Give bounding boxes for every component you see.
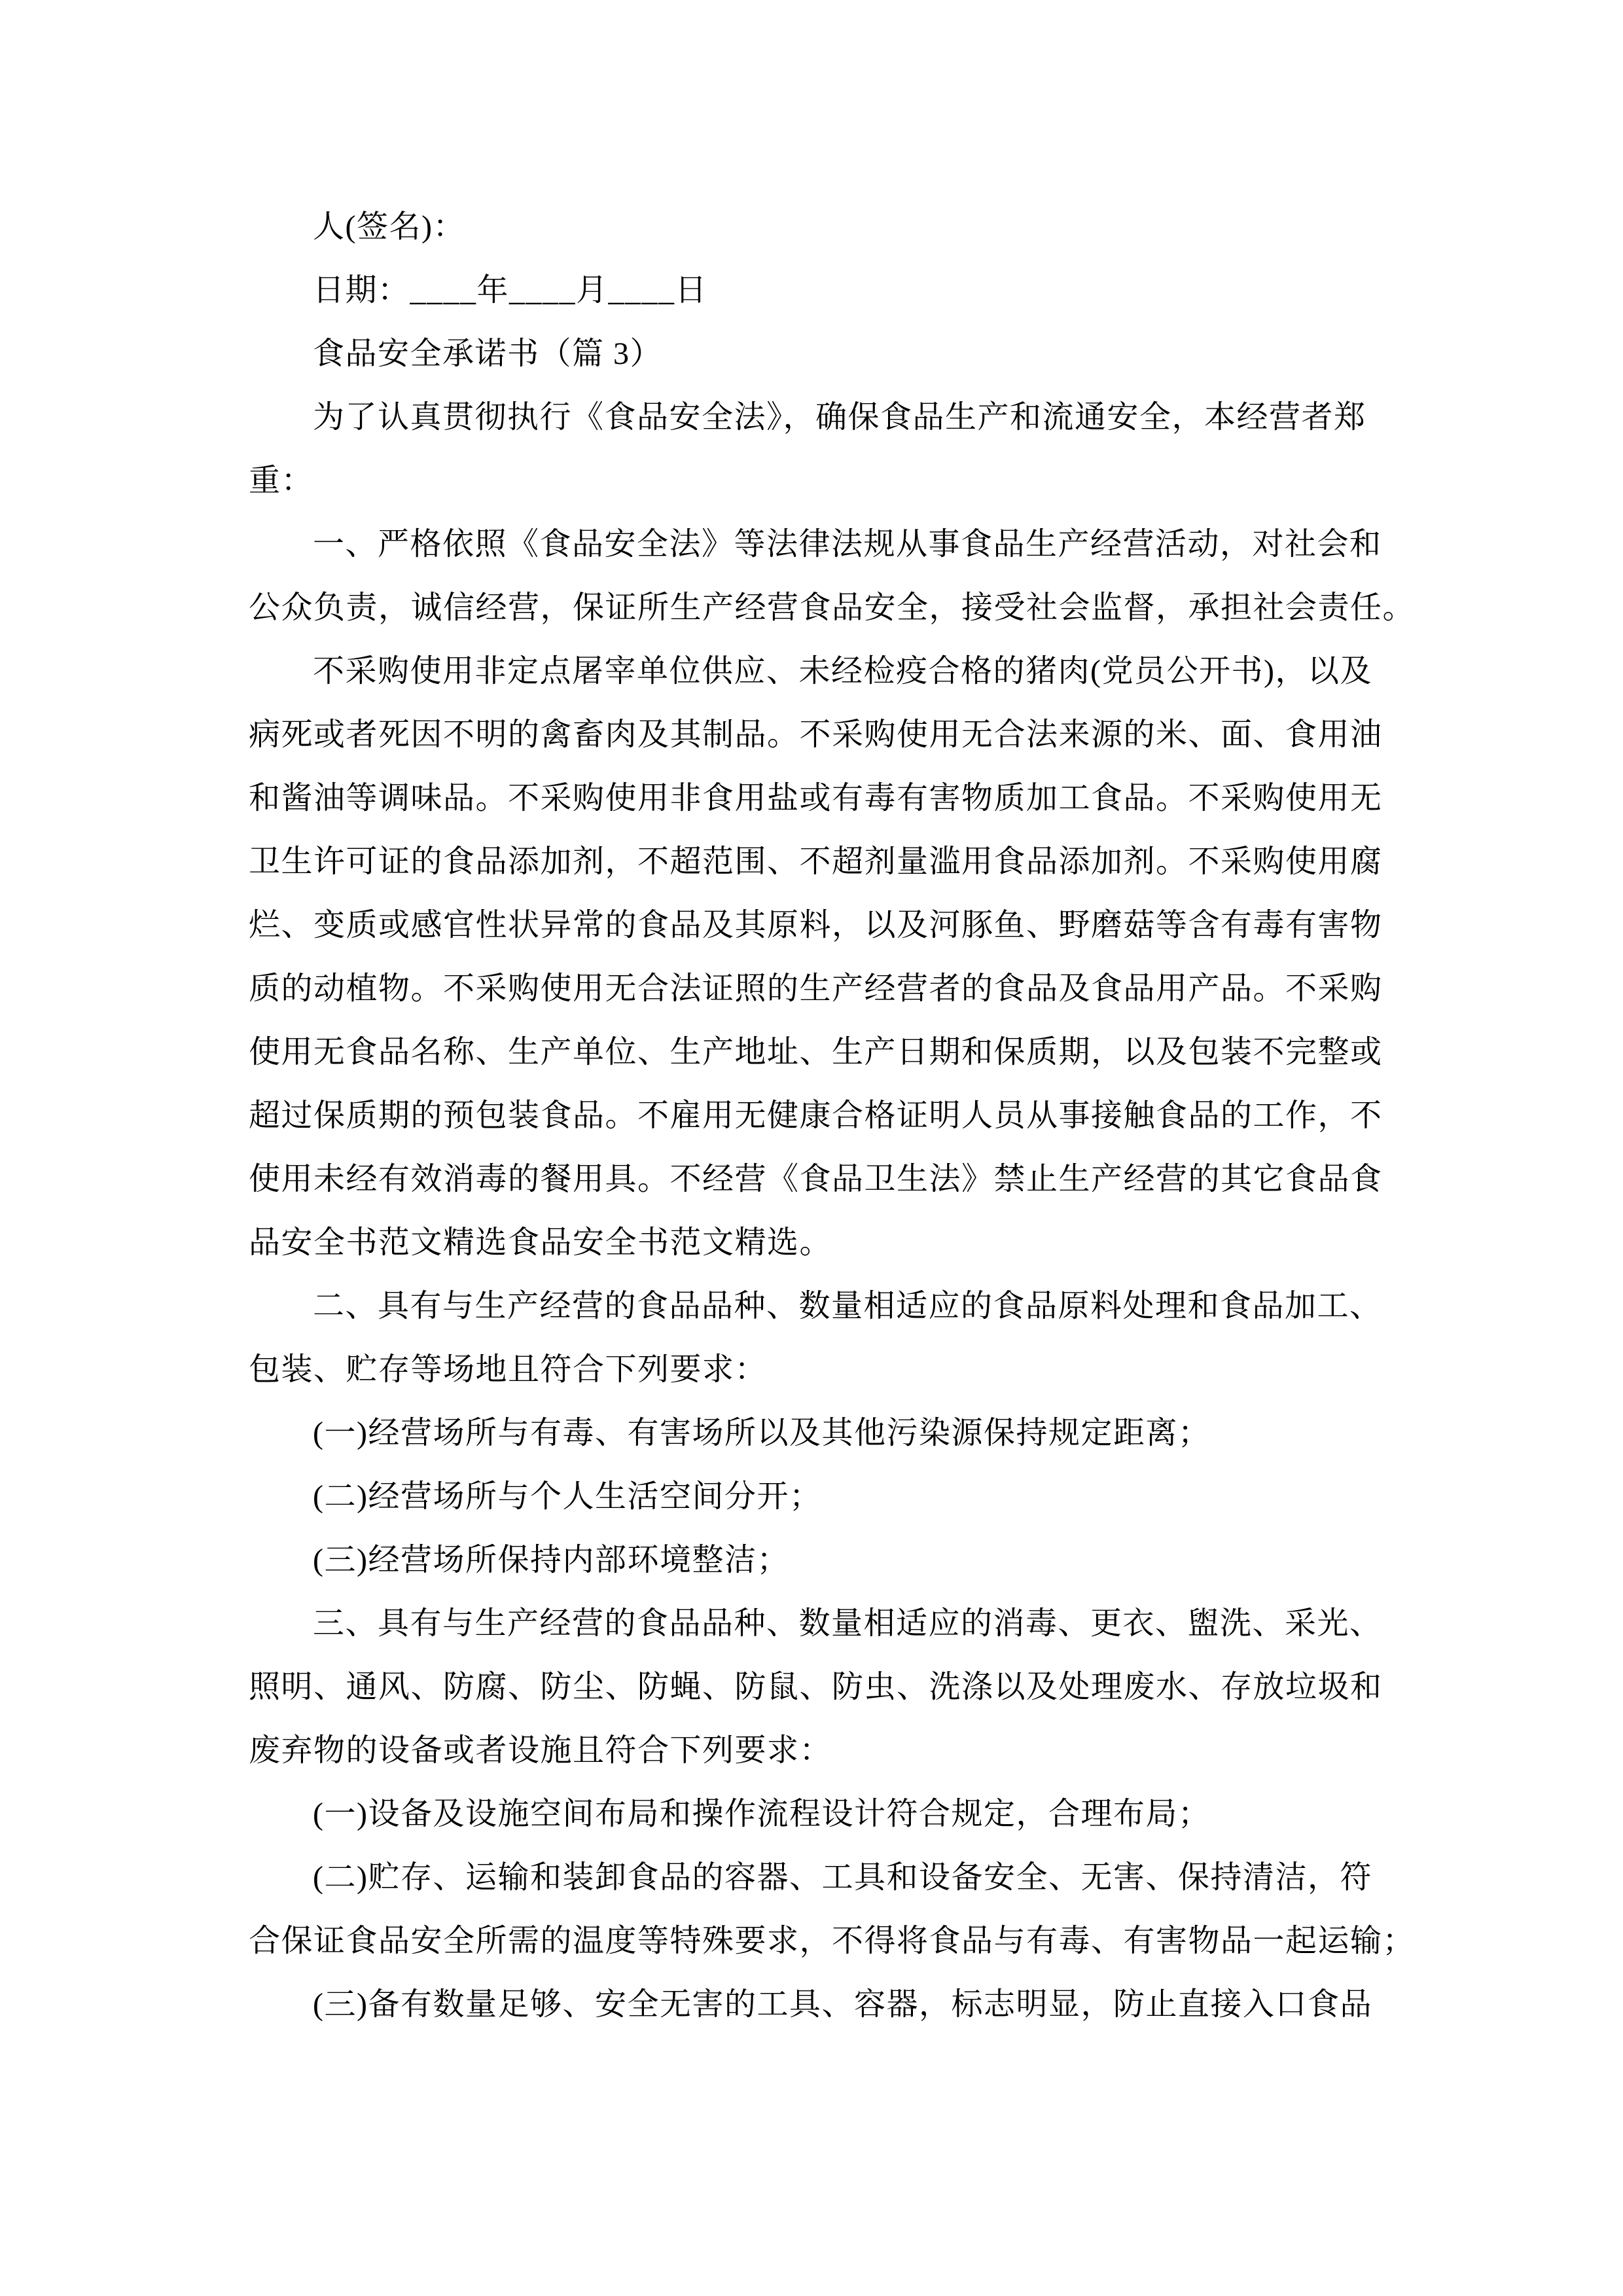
- text-line: (三)经营场所保持内部环境整洁；: [249, 1528, 1380, 1592]
- document-page: 人(签名)：日期：____年____月____日食品安全承诺书（篇 3）为了认真…: [0, 0, 1623, 2296]
- text-line: 烂、变质或感官性状异常的食品及其原料，以及河豚鱼、野磨菇等含有毒有害物: [249, 893, 1380, 957]
- text-line: 公众负责，诚信经营，保证所生产经营食品安全，接受社会监督，承担社会责任。: [249, 576, 1380, 639]
- text-line: 为了认真贯彻执行《食品安全法》，确保食品生产和流通安全，本经营者郑: [249, 386, 1380, 449]
- text-line: 日期：____年____月____日: [249, 259, 1380, 322]
- text-line: 合保证食品安全所需的温度等特殊要求，不得将食品与有毒、有害物品一起运输；: [249, 1909, 1380, 1973]
- text-line: 包装、贮存等场地且符合下列要求：: [249, 1338, 1380, 1401]
- text-line: (一)经营场所与有毒、有害场所以及其他污染源保持规定距离；: [249, 1401, 1380, 1465]
- text-line: 照明、通风、防腐、防尘、防蝇、防鼠、防虫、洗涤以及处理废水、存放垃圾和: [249, 1655, 1380, 1719]
- text-line: 废弃物的设备或者设施且符合下列要求：: [249, 1719, 1380, 1782]
- text-line: 三、具有与生产经营的食品品种、数量相适应的消毒、更衣、盥洗、采光、: [249, 1592, 1380, 1655]
- document-body: 人(签名)：日期：____年____月____日食品安全承诺书（篇 3）为了认真…: [249, 195, 1380, 2036]
- text-line: 重：: [249, 449, 1380, 512]
- text-line: 二、具有与生产经营的食品品种、数量相适应的食品原料处理和食品加工、: [249, 1274, 1380, 1338]
- text-line: (二)经营场所与个人生活空间分开；: [249, 1465, 1380, 1528]
- text-line: 不采购使用非定点屠宰单位供应、未经检疫合格的猪肉(党员公开书)，以及: [249, 639, 1380, 703]
- text-line: 食品安全承诺书（篇 3）: [249, 322, 1380, 386]
- text-line: 人(签名)：: [249, 195, 1380, 259]
- text-line: (二)贮存、运输和装卸食品的容器、工具和设备安全、无害、保持清洁，符: [249, 1846, 1380, 1909]
- text-line: 卫生许可证的食品添加剂，不超范围、不超剂量滥用食品添加剂。不采购使用腐: [249, 830, 1380, 893]
- text-line: (三)备有数量足够、安全无害的工具、容器，标志明显，防止直接入口食品: [249, 1973, 1380, 2036]
- text-line: 一、严格依照《食品安全法》等法律法规从事食品生产经营活动，对社会和: [249, 512, 1380, 576]
- text-line: 使用未经有效消毒的餐用具。不经营《食品卫生法》禁止生产经营的其它食品食: [249, 1147, 1380, 1211]
- text-line: 病死或者死因不明的禽畜肉及其制品。不采购使用无合法来源的米、面、食用油: [249, 703, 1380, 766]
- text-line: 使用无食品名称、生产单位、生产地址、生产日期和保质期，以及包装不完整或: [249, 1020, 1380, 1084]
- text-line: (一)设备及设施空间布局和操作流程设计符合规定，合理布局；: [249, 1782, 1380, 1846]
- text-line: 超过保质期的预包装食品。不雇用无健康合格证明人员从事接触食品的工作，不: [249, 1084, 1380, 1147]
- text-line: 品安全书范文精选食品安全书范文精选。: [249, 1211, 1380, 1274]
- text-line: 质的动植物。不采购使用无合法证照的生产经营者的食品及食品用产品。不采购: [249, 957, 1380, 1020]
- text-line: 和酱油等调味品。不采购使用非食用盐或有毒有害物质加工食品。不采购使用无: [249, 766, 1380, 830]
